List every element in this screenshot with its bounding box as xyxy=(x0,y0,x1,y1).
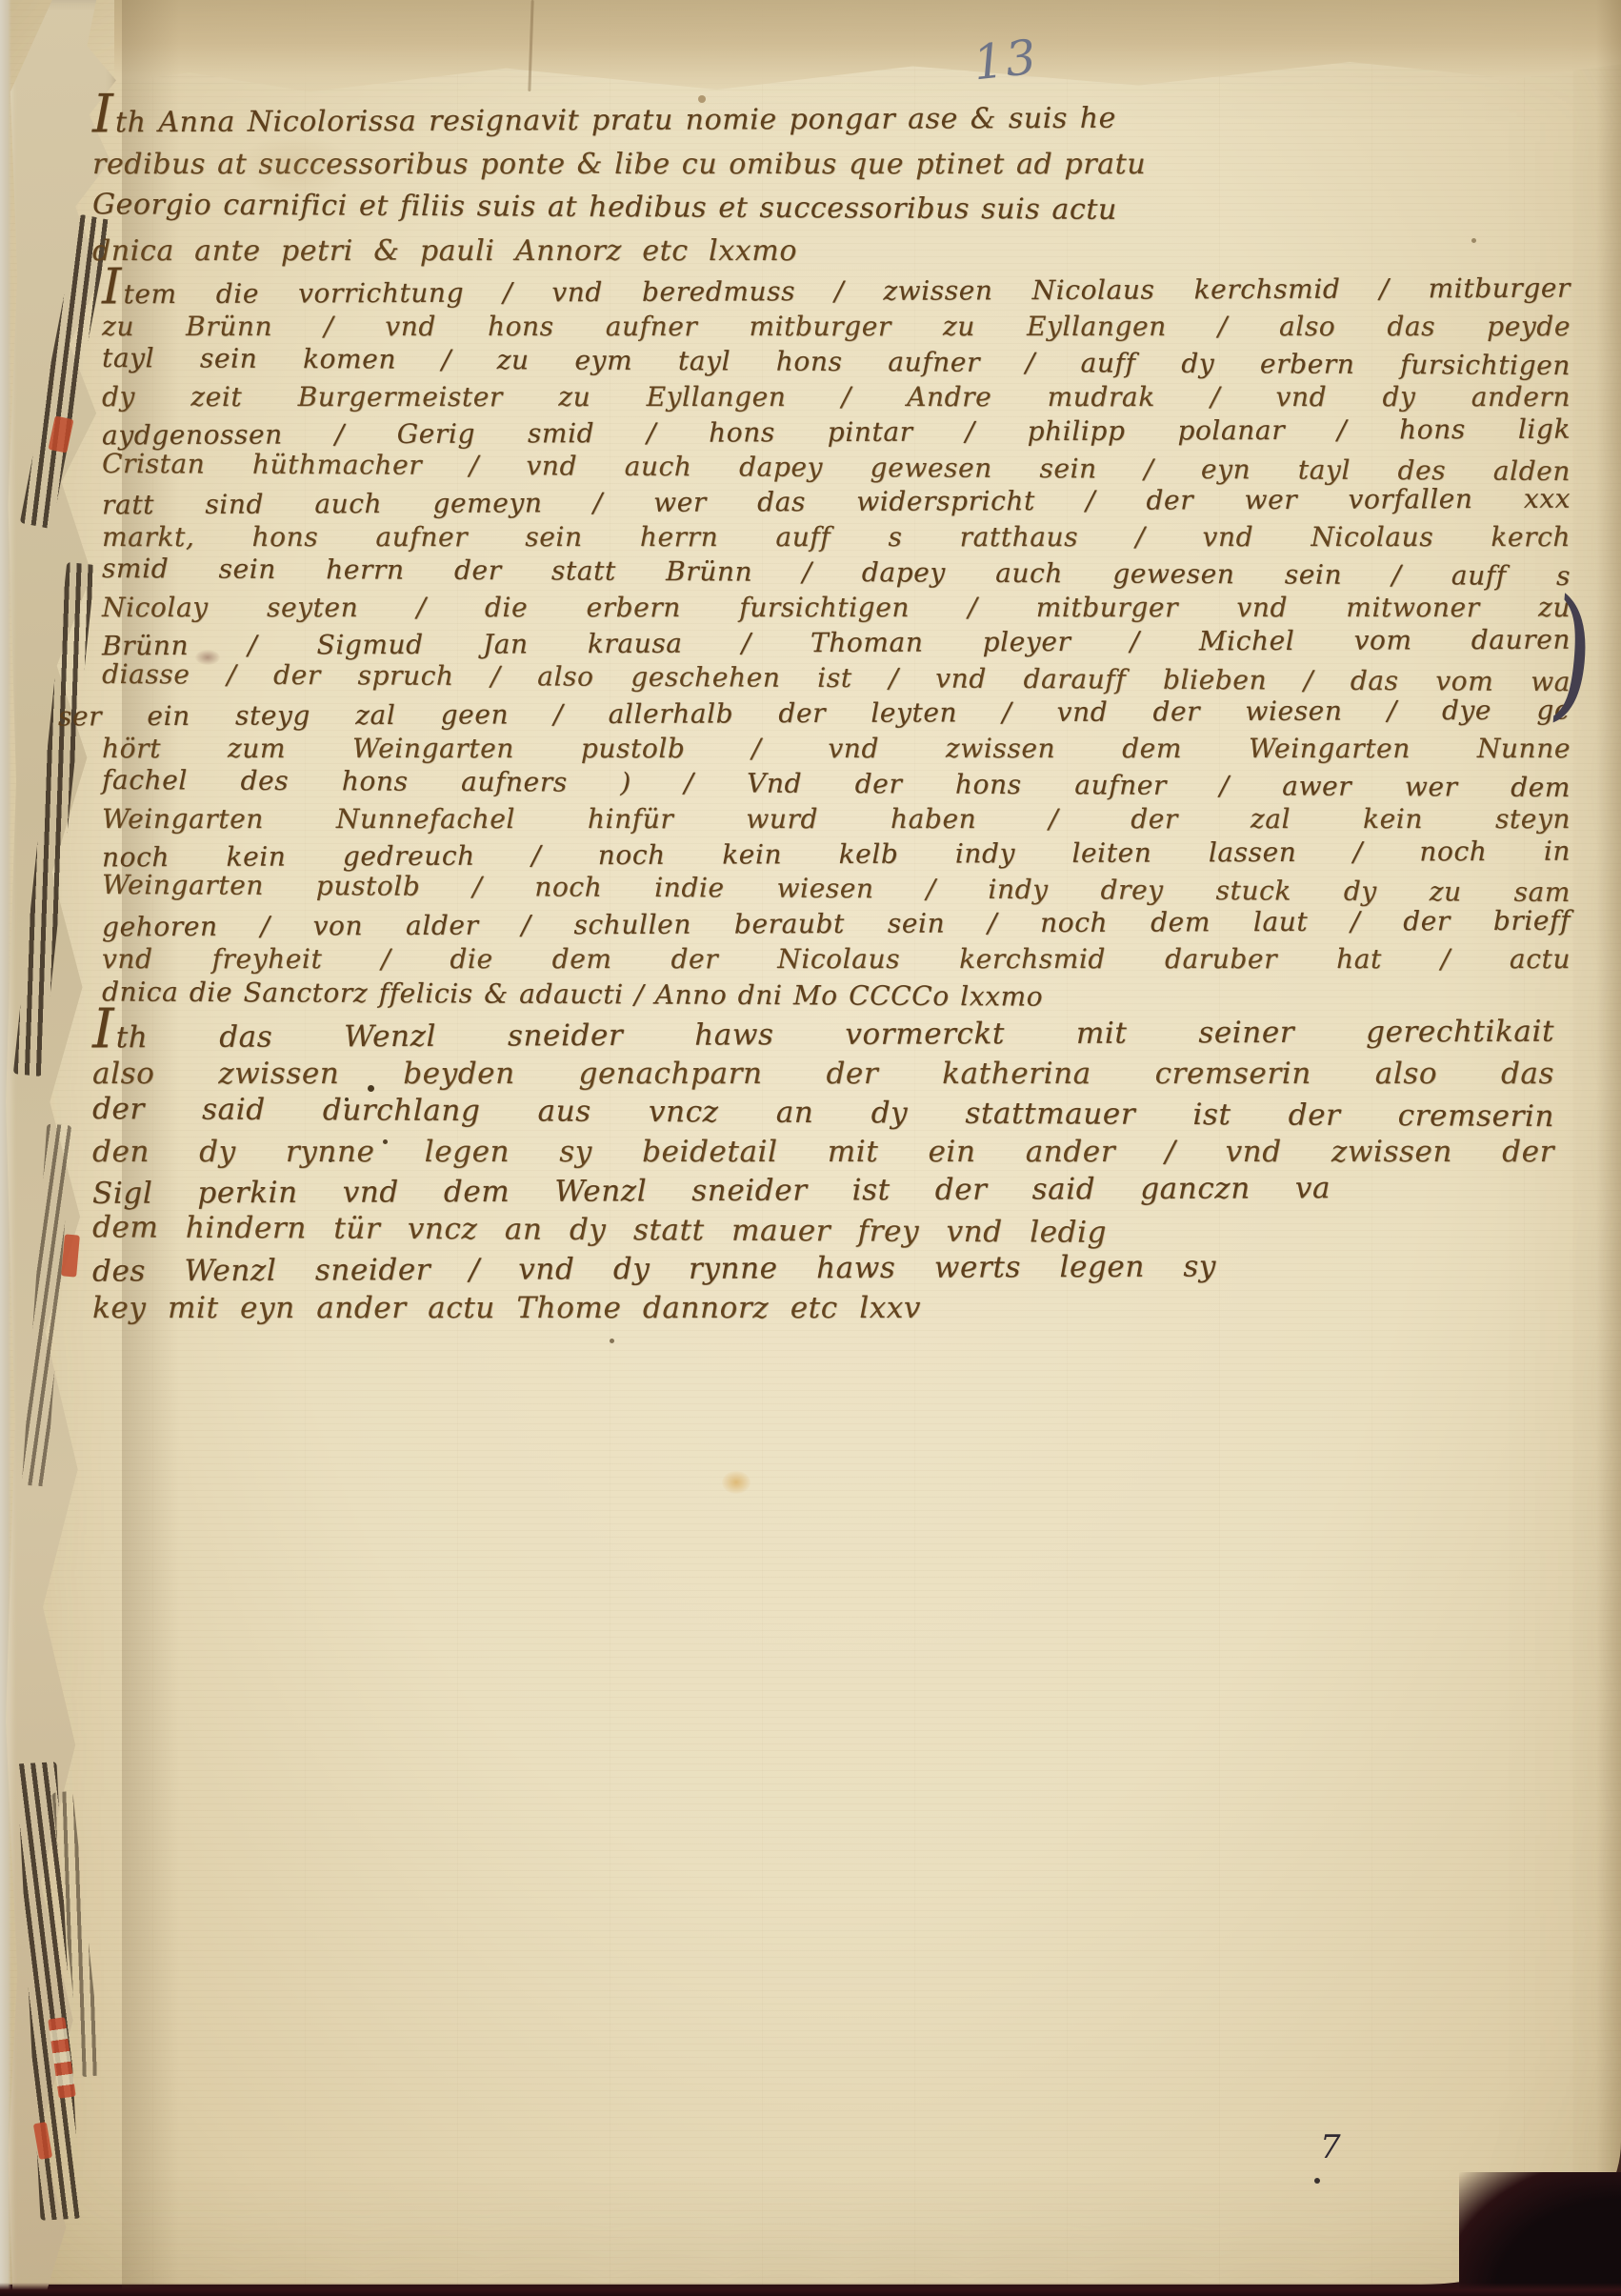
manuscript-line: Ith Anna Nicolorissa resignavit pratu no… xyxy=(92,97,1116,145)
stain xyxy=(722,1471,750,1494)
stain xyxy=(238,133,352,200)
folio-number: 13 xyxy=(971,30,1040,91)
paragraph-house-entry: Ith das Wenzl sneider haws vormerckt mit… xyxy=(92,1016,1554,1328)
manuscript-line: ratt sind auch gemeyn / wer das widerspr… xyxy=(102,482,1571,524)
manuscript-line: gehoren / von alder / schullen beraubt s… xyxy=(102,904,1571,946)
ink-speck xyxy=(329,1158,332,1162)
manuscript-line: dem hindern tür vncz an dy statt mauer f… xyxy=(92,1208,1107,1253)
manuscript-scan: 13 Ith Anna Nicolorissa resignavit pratu… xyxy=(0,0,1621,2296)
manuscript-line: smid sein herrn der statt Brünn / dapey … xyxy=(102,552,1571,594)
manuscript-line: Ith das Wenzl sneider haws vormerckt mit… xyxy=(92,1013,1554,1058)
manuscript-line: dy zeit Burgermeister zu Eyllangen / And… xyxy=(102,380,1571,415)
manuscript-line: also zwissen beyden genachparn der kathe… xyxy=(92,1055,1554,1094)
ink-speck xyxy=(345,1098,349,1101)
binding-rubric-mark xyxy=(61,1234,80,1277)
manuscript-line: Item die vorrichtung / vnd beredmuss / z… xyxy=(102,272,1571,313)
background-bottom-edge xyxy=(0,2283,1621,2296)
manuscript-line: des Wenzl sneider / vnd dy rynne haws we… xyxy=(92,1247,1216,1291)
manuscript-line: vnd freyheit / die dem der Nicolaus kerc… xyxy=(102,942,1571,977)
manuscript-line: den dy rynne legen sy beidetail mit ein … xyxy=(92,1133,1554,1172)
background-corner xyxy=(1459,2172,1621,2296)
stain xyxy=(698,95,706,103)
manuscript-line: Nicolay seyten / die erbern fursichtigen… xyxy=(102,591,1571,626)
manuscript-line: fachel des hons aufners ) / Vnd der hons… xyxy=(102,763,1571,806)
manuscript-line: ser ein steyg zal geen / allerhalb der l… xyxy=(58,693,1571,735)
manuscript-line: Sigl perkin vnd dem Wenzl sneider ist de… xyxy=(92,1169,1331,1214)
ink-speck xyxy=(383,1139,388,1144)
manuscript-line: markt, hons aufner sein herrn auff s rat… xyxy=(102,520,1571,555)
page-right-edge xyxy=(1596,0,1621,2296)
manuscript-line: der said durchlang aus vncz an dy stattm… xyxy=(92,1090,1554,1137)
stain xyxy=(195,650,220,665)
page-number: 7 xyxy=(1320,2128,1341,2166)
manuscript-line: hört zum Weingarten pustolb / vnd zwisse… xyxy=(102,732,1571,767)
manuscript-line: Georgio carnifici et filiis suis at hedi… xyxy=(92,183,1116,232)
paragraph-arbitration-entry: Item die vorrichtung / vnd beredmuss / z… xyxy=(102,274,1571,1013)
manuscript-line: zu Brünn / vnd hons aufner mitburger zu … xyxy=(102,310,1571,345)
manuscript-line: dnica die Sanctorz ffelicis & adaucti / … xyxy=(102,976,1035,1016)
manuscript-line: tayl sein komen / zu eym tayl hons aufne… xyxy=(102,341,1571,384)
ink-speck xyxy=(1471,238,1476,243)
paragraph-latin-entry: Ith Anna Nicolorissa resignavit pratu no… xyxy=(92,99,1116,272)
manuscript-line: dnica ante petri & pauli Annorz etc lxxm… xyxy=(92,230,797,273)
manuscript-line: Weingarten Nunnefachel hinfür wurd haben… xyxy=(102,802,1571,837)
ink-speck xyxy=(368,1085,374,1092)
ink-speck xyxy=(610,1339,614,1343)
manuscript-line: key mit eyn ander actu Thome dannorz etc… xyxy=(92,1289,921,1328)
